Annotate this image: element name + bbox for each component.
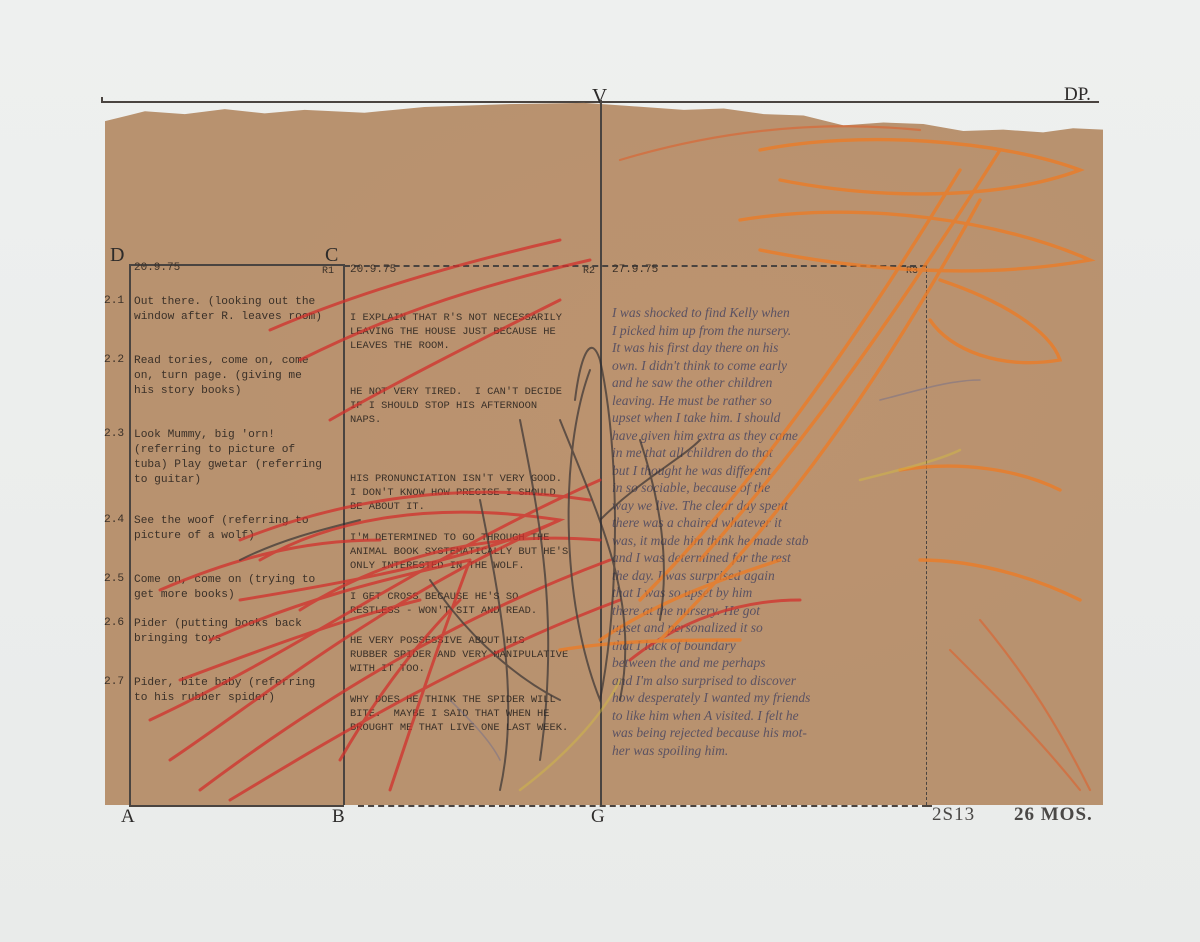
entry-number: 2.3 — [104, 428, 124, 440]
label-c: C — [325, 244, 338, 267]
r2-paragraph: I EXPLAIN THAT R'S NOT NECESSARILY LEAVI… — [350, 311, 600, 353]
r1-code: R1 — [322, 266, 334, 277]
entry-number: 2.6 — [104, 617, 124, 629]
label-d: D — [110, 244, 124, 267]
r3-date: 27.9.75 — [612, 264, 658, 276]
r2-paragraph: HE NOT VERY TIRED. I CAN'T DECIDE IF I S… — [350, 385, 600, 427]
entry-number: 2.2 — [104, 354, 124, 366]
r1-entry: See the woof (referring to picture of a … — [134, 514, 344, 544]
vertical-axis-v — [600, 100, 602, 805]
r1-date: 20.9.75 — [134, 262, 180, 274]
label-g: G — [591, 806, 605, 828]
r2-paragraph: HE VERY POSSESSIVE ABOUT HIS RUBBER SPID… — [350, 634, 600, 676]
r1-entry: Read tories, come on, come on, turn page… — [134, 354, 344, 399]
r2-paragraph: I GET CROSS BECAUSE HE'S SO RESTLESS - W… — [350, 590, 600, 618]
r3-handwritten-note: I was shocked to find Kelly when I picke… — [612, 304, 930, 759]
document-code: 2S13 — [932, 804, 975, 826]
top-rule-left-tick — [101, 97, 103, 102]
r1-entry: Pider, bite baby (referring to his rubbe… — [134, 676, 344, 706]
bottom-rule-dashed — [358, 805, 928, 807]
entry-number: 2.7 — [104, 676, 124, 688]
entry-number: 2.5 — [104, 573, 124, 585]
r2-paragraph: WHY DOES HE THINK THE SPIDER WILL BITE. … — [350, 693, 600, 735]
r1-entry: Come on, come on (trying to get more boo… — [134, 573, 344, 603]
entry-number: 2.1 — [104, 295, 124, 307]
label-a: A — [121, 806, 135, 828]
r3-code: R3 — [906, 266, 918, 277]
label-dp: DP. — [1064, 84, 1091, 106]
r1-entry: Look Mummy, big 'orn! (referring to pict… — [134, 428, 344, 488]
r2-paragraph: HIS PRONUNCIATION ISN'T VERY GOOD. I DON… — [350, 472, 600, 514]
r1-entry: Out there. (looking out the window after… — [134, 295, 344, 325]
r2-paragraph: I'M DETERMINED TO GO THROUGH THE ANIMAL … — [350, 531, 600, 573]
r2-code: R2 — [583, 266, 595, 277]
col1-left-line — [129, 264, 131, 805]
age-label: 26 MOS. — [1014, 804, 1093, 826]
r2-date: 20.9.75 — [350, 264, 396, 276]
entry-number: 2.4 — [104, 514, 124, 526]
bottom-rule-solid — [129, 805, 344, 807]
label-b: B — [332, 806, 345, 828]
r1-entry: Pider (putting books back bringing toys — [134, 617, 344, 647]
